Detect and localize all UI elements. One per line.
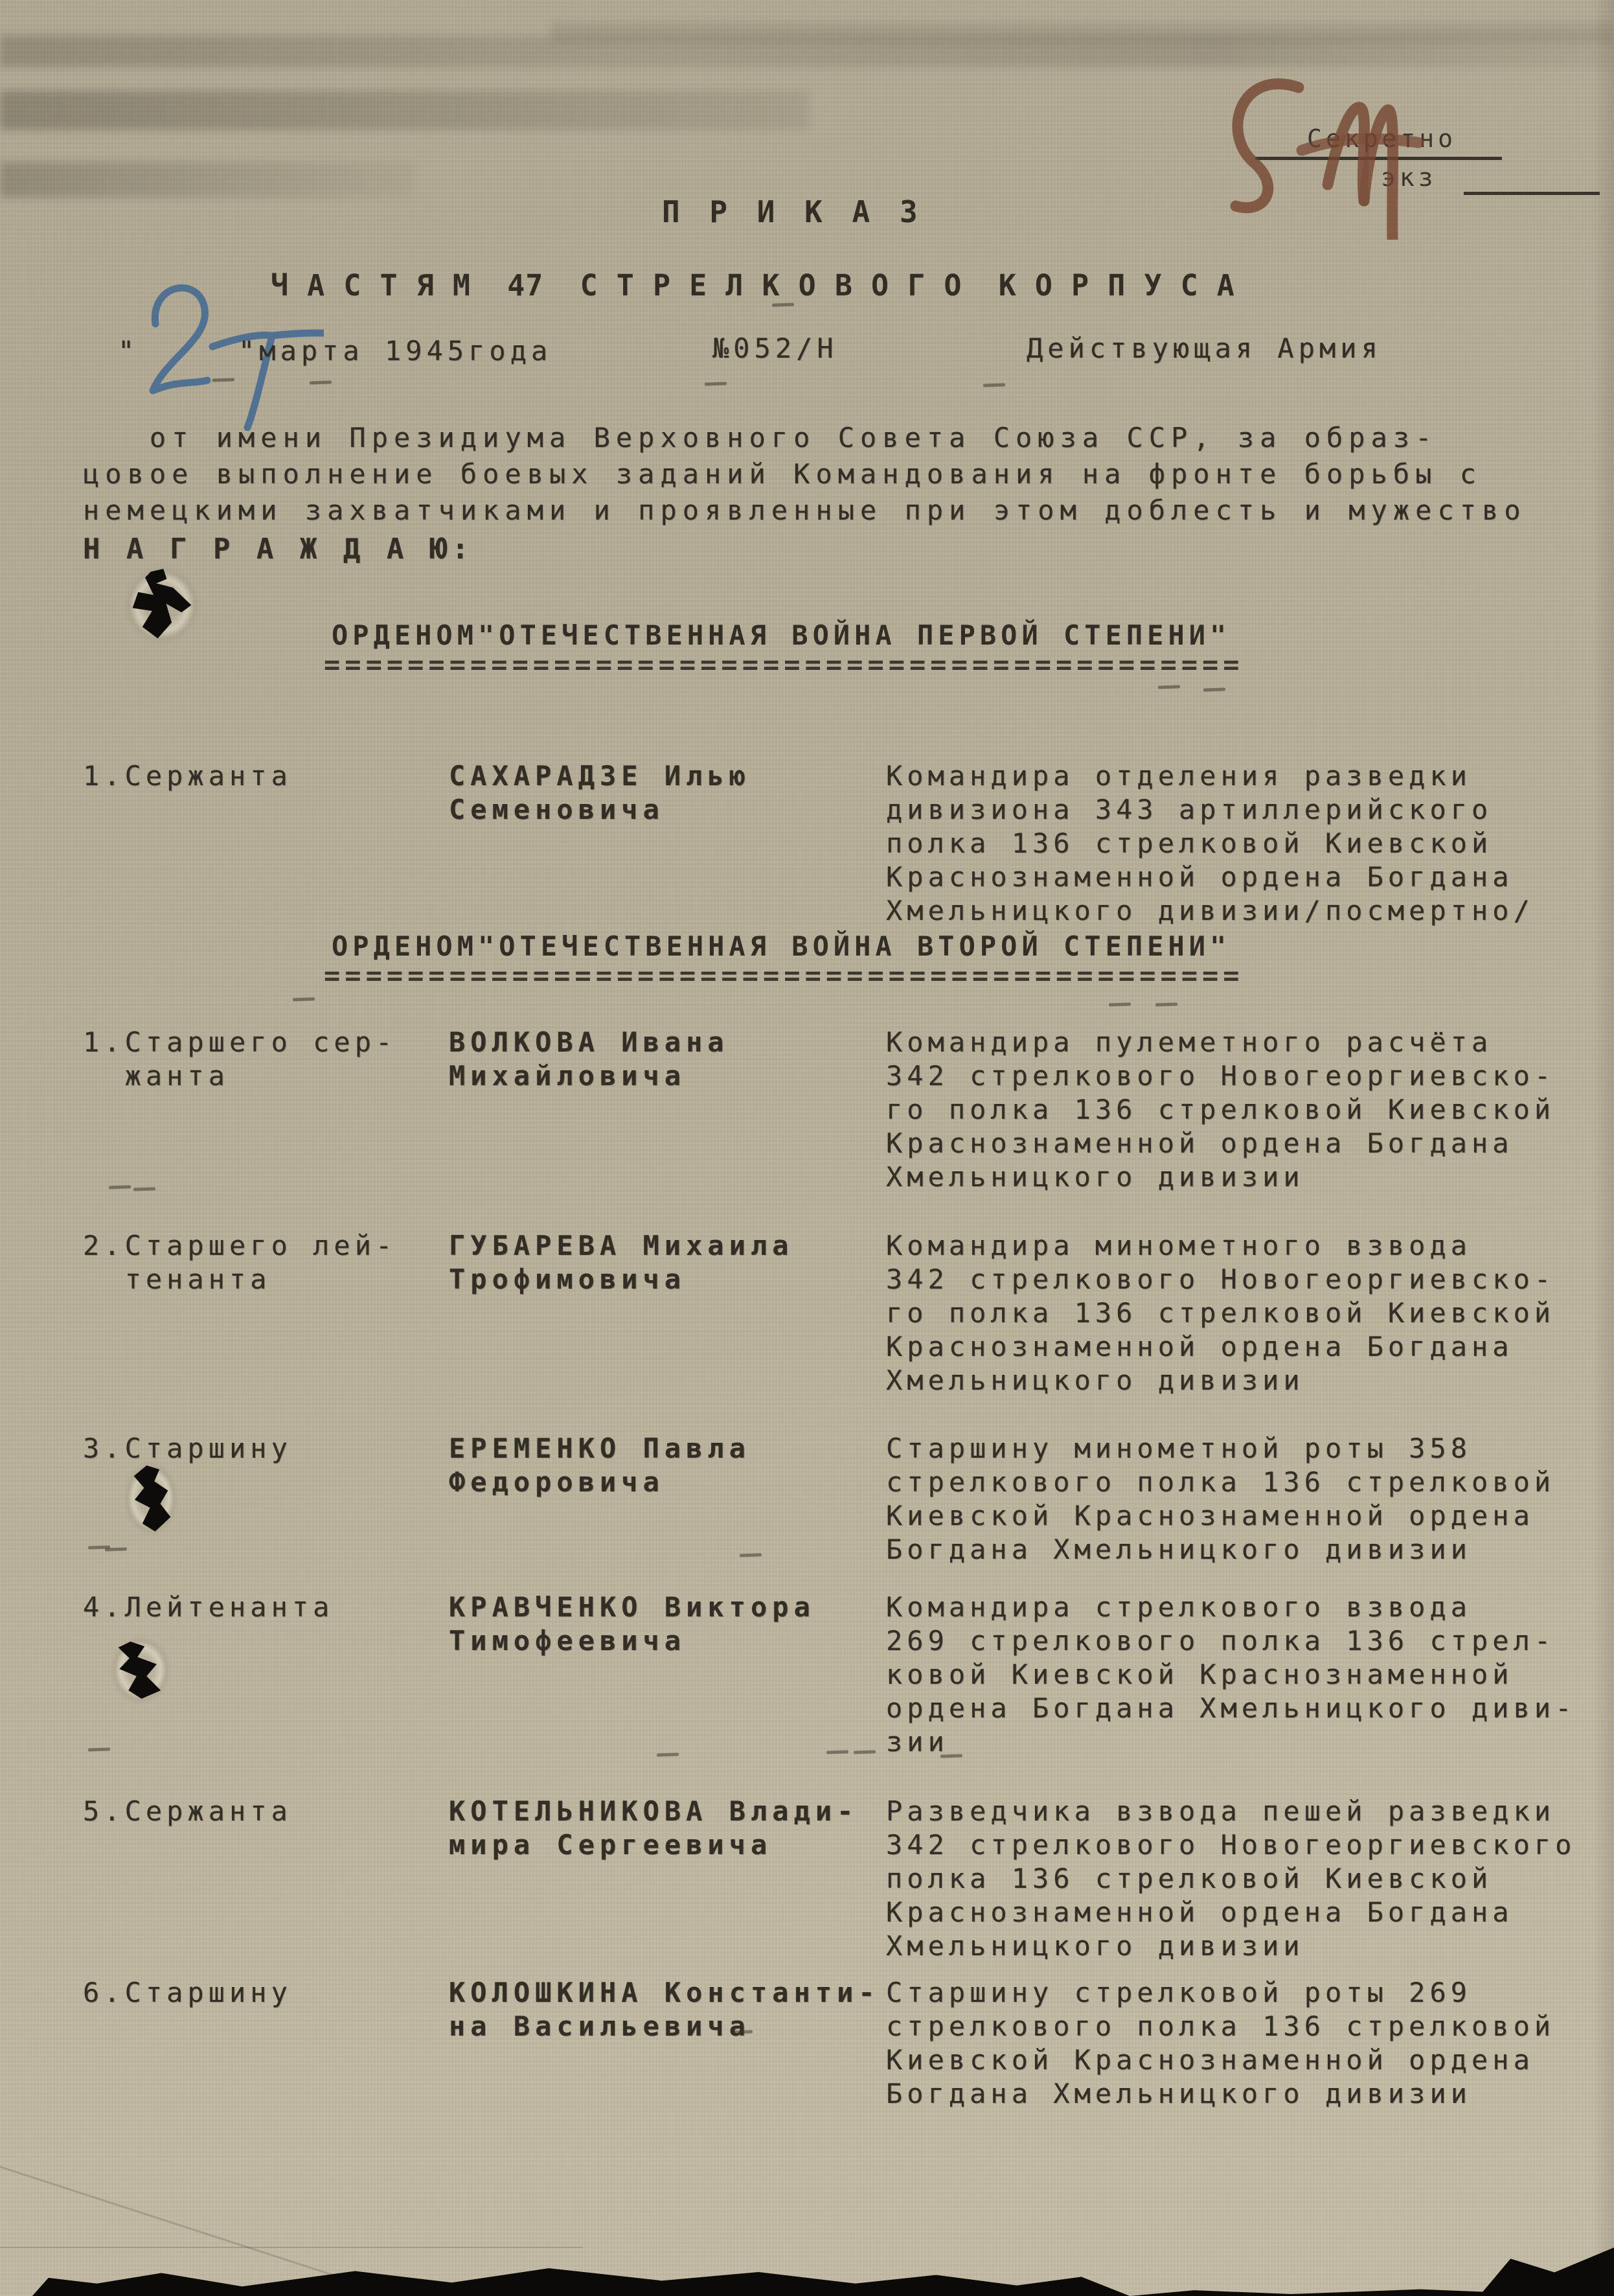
typed-dash-artifact [657,1752,679,1756]
paper-hole [130,1465,172,1532]
order-number: №052/Н [712,332,838,365]
typed-dash-artifact [1155,1002,1177,1006]
order-recipient: Ч А С Т Я М 47 С Т Р Е Л К О В О Г О К О… [271,268,1235,303]
entry-citation: Старшину минометной роты 358 стрелкового… [886,1432,1555,1567]
typed-dash-artifact [772,303,794,306]
scanned-order-document: Секретно экз П Р И К А З Ч А С Т Я М 47 … [0,0,1614,2296]
fold-crease [0,2157,369,2288]
entry-name: ГУБАРЕВА Михаила Трофимовича [449,1229,794,1296]
entry-rank: 3.Старшину [83,1432,292,1465]
entry-name: КОЛОШКИНА Константи- на Васильевича [449,1976,880,2043]
entry-name: ВОЛКОВА Ивана Михайловича [449,1026,729,1093]
paper-hole [127,569,197,641]
section-heading-first-class: ОРДЕНОМ"ОТЕЧЕСТВЕННАЯ ВОЙНА ПЕРВОЙ СТЕПЕ… [332,619,1231,652]
typed-dash-artifact [88,1747,110,1751]
entry-citation: Командира стрелкового взвода 269 стрелко… [886,1590,1576,1759]
entry-name: ЕРЕМЕНКО Павла Федоровича [449,1432,751,1499]
entry-rank: 2.Старшего лей- тенанта [83,1229,396,1296]
entry-name: САХАРАДЗЕ Илью Семеновича [449,759,751,827]
entry-citation: Старшину стрелковой роты 269 стрелкового… [886,1976,1555,2111]
paper-hole [115,1640,166,1700]
entry-citation: Командира минометного взвода 342 стрелко… [886,1229,1555,1397]
typed-dash-artifact [826,1750,848,1754]
typed-dash-artifact [1203,687,1225,691]
smudge-streak [551,23,1614,42]
bottom-corner-shadow [1457,2234,1614,2296]
entry-citation: Разведчика взвода пешей разведки 342 стр… [886,1795,1576,1963]
section-divider: ========================================… [324,961,1244,990]
smudge-streak [0,162,415,198]
typed-dash-artifact [983,383,1005,387]
typed-dash-artifact [1109,1002,1131,1006]
section-divider: ========================================… [324,650,1244,679]
entry-name: КОТЕЛЬНИКОВА Влади- мира Сергеевича [449,1795,858,1862]
preamble-text: от имени Президиума Верховного Совета Со… [83,420,1527,529]
entry-rank: 5.Сержанта [83,1795,292,1828]
typed-dash-artifact [854,1750,876,1754]
entry-citation: Командира пулеметного расчёта 342 стрелк… [886,1026,1555,1194]
entry-name: КРАВЧЕНКО Виктора Тимофеевича [449,1590,815,1658]
typed-dash-artifact [109,1185,131,1189]
typed-dash-artifact [133,1187,155,1191]
date-month-year: "марта 1945года [238,334,552,368]
handwritten-registry-mark [1205,45,1490,240]
typed-dash-artifact [705,382,727,385]
entry-rank: 1.Сержанта [83,759,292,793]
right-edge-shadow [1592,0,1614,2296]
entry-citation: Командира отделения разведки дивизиона 3… [886,759,1534,928]
typed-dash-artifact [310,380,332,384]
army-note: Действующая Армия [1027,332,1382,365]
section-heading-second-class: ОРДЕНОМ"ОТЕЧЕСТВЕННАЯ ВОЙНА ВТОРОЙ СТЕПЕ… [332,930,1231,963]
entry-rank: 1.Старшего сер- жанта [83,1026,396,1093]
entry-rank: 6.Старшину [83,1976,292,2010]
typed-dash-artifact [1158,685,1180,689]
smudge-streak [0,91,810,130]
typed-dash-artifact [293,997,315,1001]
typed-dash-artifact [740,1553,762,1557]
order-title: П Р И К А З [662,194,924,229]
typed-dash-artifact [105,1547,127,1551]
bottom-tear-edge [0,2248,1614,2296]
fold-crease [0,2247,583,2248]
entry-rank: 4.Лейтенанта [83,1590,334,1624]
